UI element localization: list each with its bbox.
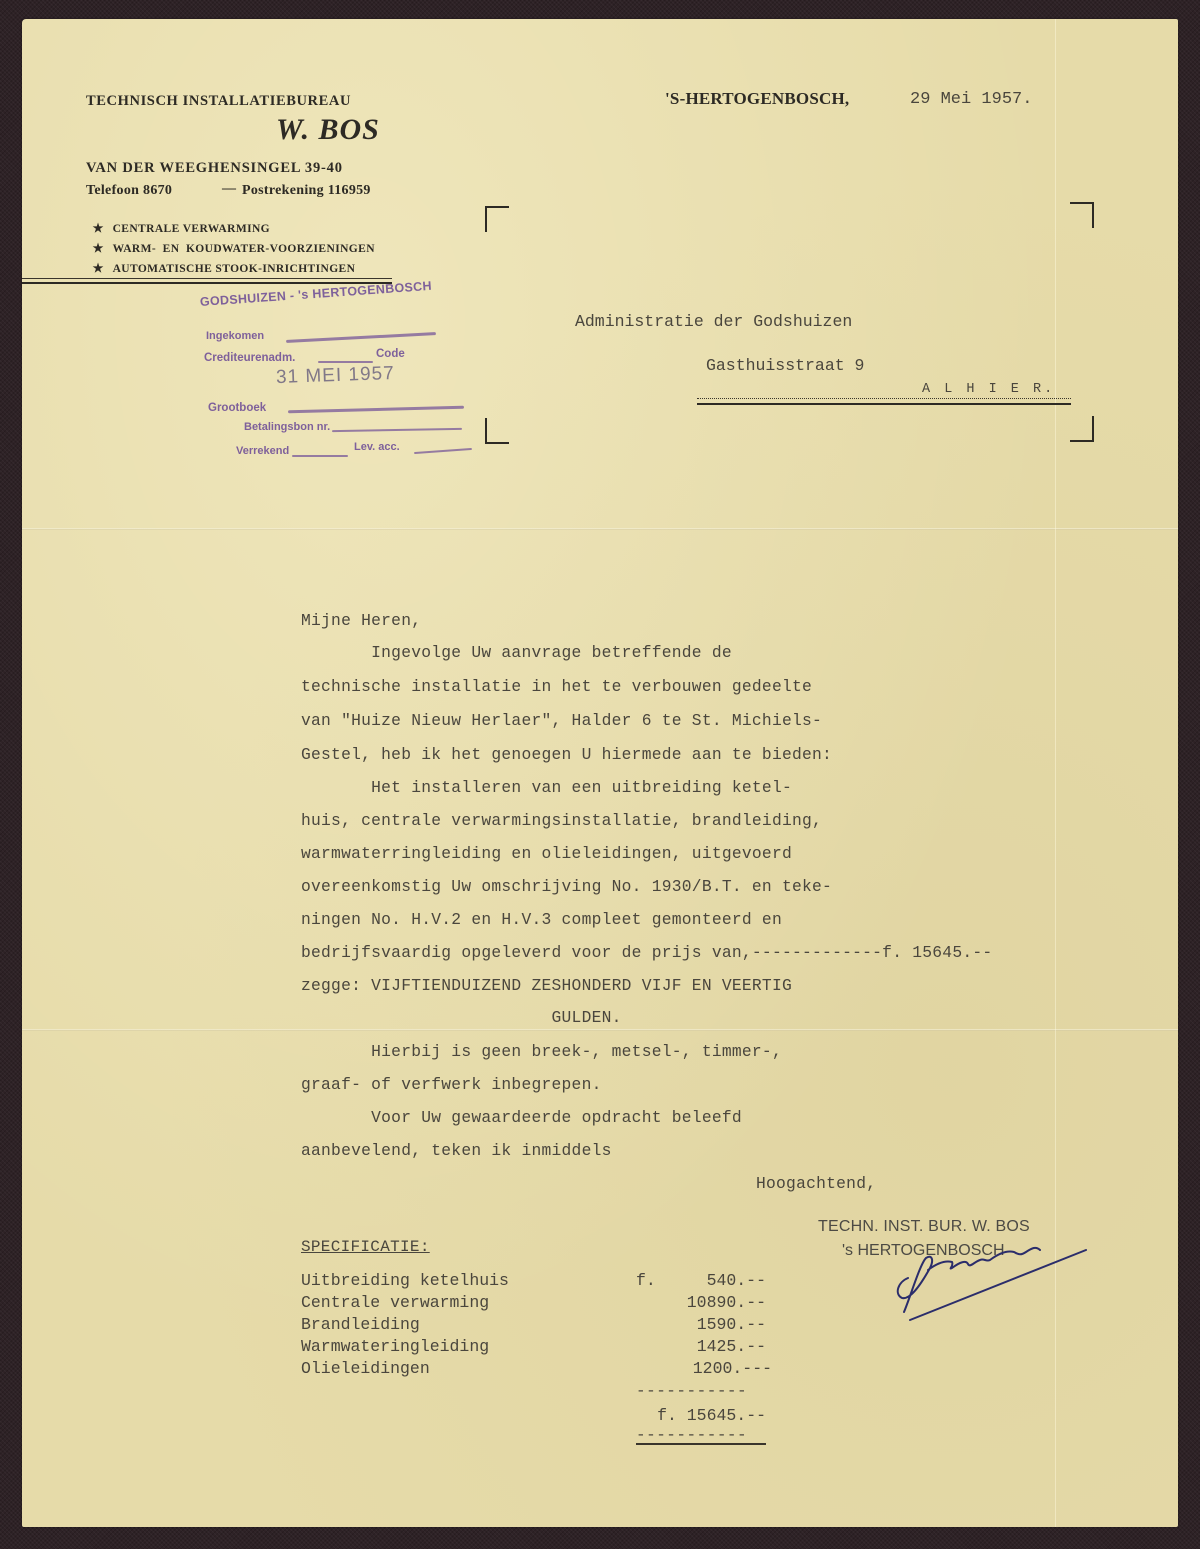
recipient-name: Administratie der Godshuizen <box>575 312 852 331</box>
spec-total: f. 15645.-- <box>636 1406 766 1425</box>
address-frame-corner <box>485 418 509 444</box>
stamp-field: Lev. acc. <box>354 441 400 453</box>
handwritten-signature-icon <box>880 1228 1100 1328</box>
dateline-date: 29 Mei 1957. <box>910 90 1032 109</box>
service-item: ★AUTOMATISCHE STOOK-INRICHTINGEN <box>86 249 355 276</box>
address-underline <box>697 403 1071 405</box>
spec-item-amount: 1590.-- <box>636 1315 766 1334</box>
star-icon: ★ <box>93 261 113 276</box>
body-line: Hierbij is geen breek-, metsel-, timmer-… <box>301 1042 782 1061</box>
recipient-city: A L H I E R. <box>922 382 1055 397</box>
spec-item-label: Uitbreiding ketelhuis <box>301 1271 509 1290</box>
stamp-field: Grootboek <box>208 402 266 414</box>
address-frame-corner <box>1070 416 1094 442</box>
spec-item-label: Warmwateringleiding <box>301 1337 489 1356</box>
salutation: Mijne Heren, <box>301 611 421 630</box>
body-line: graaf- of verfwerk inbegrepen. <box>301 1075 602 1094</box>
body-line: overeenkomstig Uw omschrijving No. 1930/… <box>301 877 832 896</box>
spec-item-label: Brandleiding <box>301 1315 420 1334</box>
body-line: ningen No. H.V.2 en H.V.3 compleet gemon… <box>301 910 782 929</box>
body-line: technische installatie in het te verbouw… <box>301 677 812 696</box>
stamp-field: Crediteurenadm. <box>204 352 295 364</box>
stamp-line <box>332 428 462 432</box>
spec-separator: ----------- <box>636 1382 747 1400</box>
spec-item-label: Olieleidingen <box>301 1359 430 1378</box>
fold-line <box>22 1029 1178 1031</box>
stamp-date: 31 MEI 1957 <box>276 363 395 389</box>
letterhead-rule <box>22 278 392 279</box>
fold-line <box>22 528 1178 530</box>
amount-in-words: GULDEN. <box>301 1008 622 1027</box>
body-line: huis, centrale verwarmingsinstallatie, b… <box>301 811 822 830</box>
body-line: Ingevolge Uw aanvrage betreffende de <box>301 643 732 662</box>
spec-item-amount: 540.-- <box>636 1271 766 1290</box>
stamp-field: Code <box>376 348 405 360</box>
body-line: van "Huize Nieuw Herlaer", Halder 6 te S… <box>301 711 822 730</box>
stamp-field: Verrekend <box>236 445 289 457</box>
stamp-line <box>288 406 464 414</box>
amount-in-words: zegge: VIJFTIENDUIZEND ZESHONDERD VIJF E… <box>301 976 792 995</box>
closing: Hoogachtend, <box>756 1174 876 1193</box>
spec-total-underline <box>636 1443 766 1445</box>
body-line: warmwaterringleiding en olieleidingen, u… <box>301 844 792 863</box>
stamp-field: Ingekomen <box>206 330 264 342</box>
stamp-line <box>414 448 472 454</box>
received-stamp: GODSHUIZEN - 's HERTOGENBOSCH Ingekomen … <box>200 283 480 463</box>
price-line: bedrijfsvaardig opgeleverd voor de prijs… <box>301 943 992 962</box>
spec-item-amount: 1200.--- <box>642 1359 772 1378</box>
stamp-line <box>318 361 373 363</box>
recipient-street: Gasthuisstraat 9 <box>706 356 864 375</box>
stamp-line <box>286 332 436 343</box>
stamp-title: GODSHUIZEN - 's HERTOGENBOSCH <box>200 279 433 309</box>
dateline-place: 'S-HERTOGENBOSCH, <box>665 89 849 109</box>
company-name: W. BOS <box>276 113 380 147</box>
spec-item-amount: 1425.-- <box>636 1337 766 1356</box>
body-line: Gestel, heb ik het genoegen U hiermede a… <box>301 745 832 764</box>
stamp-field: Betalingsbon nr. <box>244 421 330 433</box>
company-address: VAN DER WEEGHENSINGEL 39-40 <box>86 160 343 177</box>
address-dotted-line <box>697 398 1071 399</box>
spec-separator: ----------- <box>636 1426 747 1444</box>
body-line: Voor Uw gewaardeerde opdracht beleefd <box>301 1108 742 1127</box>
spec-item-label: Centrale verwarming <box>301 1293 489 1312</box>
company-type: TECHNISCH INSTALLATIEBUREAU <box>86 93 351 110</box>
specification-title: SPECIFICATIE: <box>301 1238 430 1256</box>
address-frame-corner <box>485 206 509 232</box>
company-phone: Telefoon 8670 <box>86 183 172 199</box>
postal-account: Postrekening 116959 <box>242 183 371 199</box>
address-frame-corner <box>1070 202 1094 228</box>
body-line: aanbevelend, teken ik inmiddels <box>301 1141 612 1160</box>
body-line: Het installeren van een uitbreiding kete… <box>301 778 792 797</box>
spec-item-amount: 10890.-- <box>636 1293 766 1312</box>
separator-dash: — <box>222 181 236 197</box>
stamp-line <box>292 455 348 457</box>
